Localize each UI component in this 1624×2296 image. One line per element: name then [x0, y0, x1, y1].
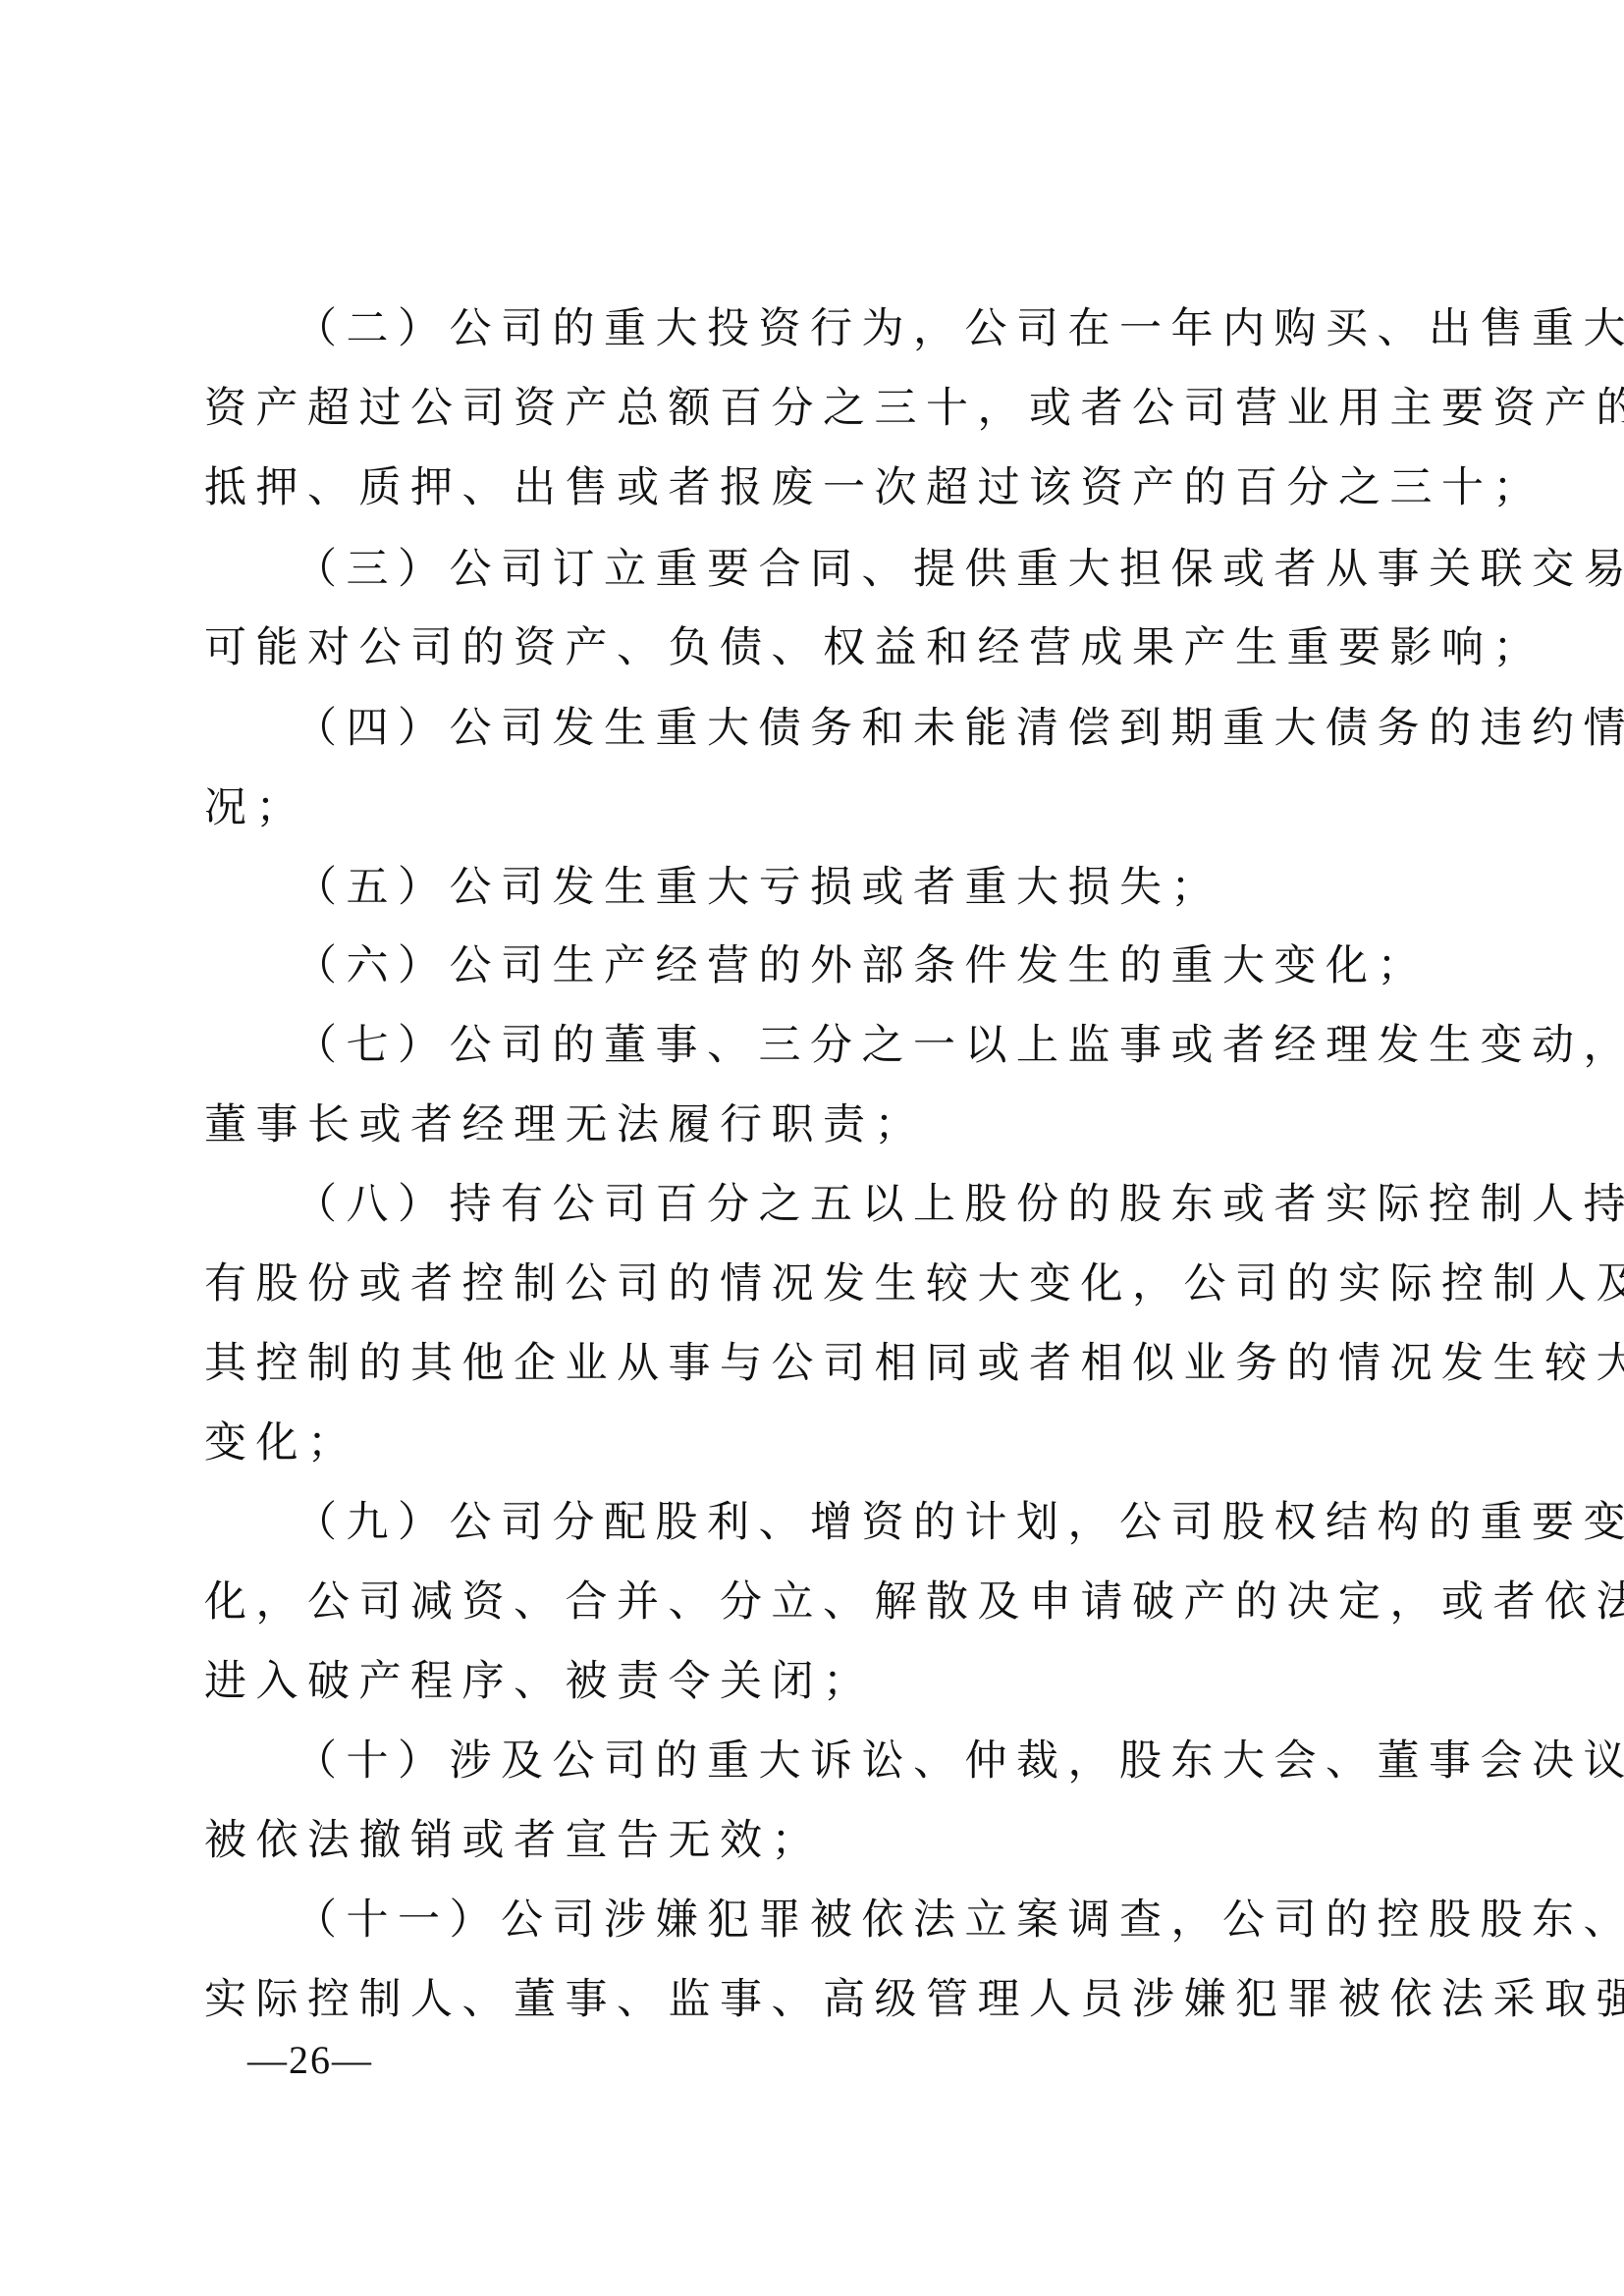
paragraph-item-8-line-2: 有股份或者控制公司的情况发生较大变化，公司的实际控制人及	[204, 1256, 1432, 1311]
paragraph-item-7-line-1: （七）公司的董事、三分之一以上监事或者经理发生变动，	[295, 1018, 1522, 1073]
paragraph-item-2-line-3: 抵押、质押、出售或者报废一次超过该资产的百分之三十；	[204, 460, 1432, 515]
paragraph-item-11-line-1: （十一）公司涉嫌犯罪被依法立案调查，公司的控股股东、	[295, 1893, 1522, 1948]
paragraph-item-5-line-1: （五）公司发生重大亏损或者重大损失；	[295, 860, 1522, 915]
paragraph-item-11-line-2: 实际控制人、董事、监事、高级管理人员涉嫌犯罪被依法采取强	[204, 1972, 1432, 2027]
page-number: —26—	[247, 2036, 373, 2085]
paragraph-item-6-line-1: （六）公司生产经营的外部条件发生的重大变化；	[295, 938, 1522, 993]
paragraph-item-8-line-1: （八）持有公司百分之五以上股份的股东或者实际控制人持	[295, 1177, 1522, 1232]
paragraph-item-10-line-1: （十）涉及公司的重大诉讼、仲裁，股东大会、董事会决议	[295, 1734, 1522, 1789]
paragraph-item-9-line-1: （九）公司分配股利、增资的计划，公司股权结构的重要变	[295, 1495, 1522, 1550]
paragraph-item-7-line-2: 董事长或者经理无法履行职责；	[204, 1097, 1432, 1152]
paragraph-item-8-line-4: 变化；	[204, 1415, 1432, 1470]
paragraph-item-3-line-2: 可能对公司的资产、负债、权益和经营成果产生重要影响；	[204, 620, 1432, 675]
paragraph-item-2-line-2: 资产超过公司资产总额百分之三十，或者公司营业用主要资产的	[204, 381, 1432, 436]
document-page: （二）公司的重大投资行为，公司在一年内购买、出售重大 资产超过公司资产总额百分之…	[0, 0, 1624, 2296]
paragraph-item-9-line-3: 进入破产程序、被责令关闭；	[204, 1654, 1432, 1709]
paragraph-item-8-line-3: 其控制的其他企业从事与公司相同或者相似业务的情况发生较大	[204, 1336, 1432, 1391]
paragraph-item-4-line-1: （四）公司发生重大债务和未能清偿到期重大债务的违约情	[295, 701, 1522, 756]
paragraph-item-10-line-2: 被依法撤销或者宣告无效；	[204, 1813, 1432, 1868]
paragraph-item-4-line-2: 况；	[204, 780, 1432, 835]
paragraph-item-9-line-2: 化，公司减资、合并、分立、解散及申请破产的决定，或者依法	[204, 1575, 1432, 1629]
paragraph-item-2-line-1: （二）公司的重大投资行为，公司在一年内购买、出售重大	[295, 301, 1522, 356]
paragraph-item-3-line-1: （三）公司订立重要合同、提供重大担保或者从事关联交易，	[295, 542, 1522, 597]
